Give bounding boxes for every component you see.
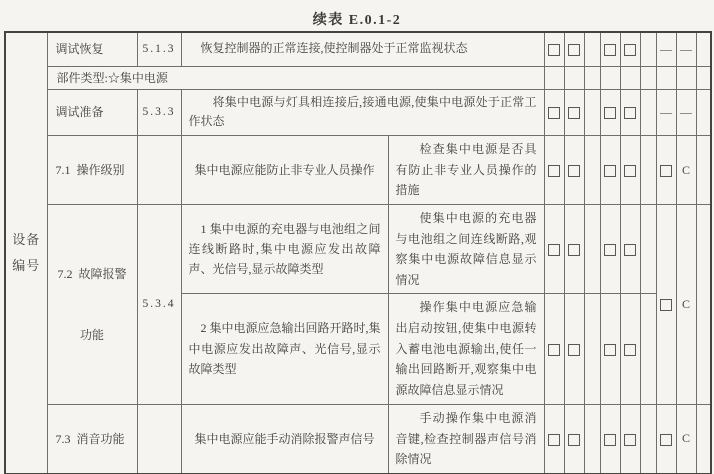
spacer-cell xyxy=(640,89,656,136)
check-cell xyxy=(656,204,676,404)
check-cell xyxy=(544,89,564,136)
description-cell-restore: 恢复控制器的正常连接,使控制器处于正常监视状态 xyxy=(181,32,544,66)
checkbox-icon[interactable] xyxy=(660,434,672,446)
checkbox-icon[interactable] xyxy=(660,165,672,177)
spacer-cell xyxy=(584,136,600,205)
check-cell xyxy=(544,404,564,474)
dash-mark: — xyxy=(660,42,672,56)
check-cell xyxy=(600,294,620,404)
spacer-cell xyxy=(696,89,711,136)
spacer-cell xyxy=(640,294,656,404)
spacer-cell xyxy=(640,66,656,89)
spacer-cell xyxy=(640,404,656,474)
result-grade: C xyxy=(682,431,690,445)
commissioning-record-table: 设备 编号 调试恢复 5.1.3 恢复控制器的正常连接,使控制器处于正常监视状态… xyxy=(4,31,712,474)
check-cell xyxy=(564,32,584,66)
clause-cell-restore: 5.1.3 xyxy=(137,32,181,66)
part-type-cell: 部件类型:☆集中电源 xyxy=(47,66,544,89)
spacer-cell xyxy=(600,66,620,89)
check-cell xyxy=(544,32,564,66)
description-cell-prepare: 将集中电源与灯具相连接后,接通电源,使集中电源处于正常工作状态 xyxy=(181,89,544,136)
check-cell xyxy=(564,204,584,294)
check-cell xyxy=(620,404,640,474)
checkbox-icon[interactable] xyxy=(568,434,580,446)
spacer-cell xyxy=(620,66,640,89)
dash-cell: — xyxy=(656,89,676,136)
checkbox-icon[interactable] xyxy=(604,434,616,446)
checkbox-icon[interactable] xyxy=(624,165,636,177)
spacer-cell xyxy=(584,404,600,474)
spacer-cell xyxy=(640,204,656,294)
spacer-cell xyxy=(564,66,584,89)
requirement-cell-mute: 集中电源应能手动消除报警声信号 xyxy=(181,404,388,474)
item-cell-restore: 调试恢复 xyxy=(47,32,137,66)
check-cell xyxy=(620,136,640,205)
spacer-cell xyxy=(640,136,656,205)
check-cell xyxy=(600,204,620,294)
scanned-document-page: 续表 E.0.1-2 设备 编号 调试恢复 5.1.3 恢复控制器的正常连接,使… xyxy=(0,0,714,474)
result-cell: C xyxy=(676,404,696,474)
table-row: 设备 编号 调试恢复 5.1.3 恢复控制器的正常连接,使控制器处于正常监视状态… xyxy=(5,32,711,66)
checkbox-icon[interactable] xyxy=(548,244,560,256)
method-cell-operation-level: 检查集中电源是否具有防止非专业人员操作的措施 xyxy=(388,136,544,205)
dash-mark: — xyxy=(680,42,692,56)
checkbox-icon[interactable] xyxy=(548,344,560,356)
check-cell xyxy=(600,32,620,66)
spacer-cell xyxy=(696,136,711,205)
spacer-cell xyxy=(640,32,656,66)
spacer-cell xyxy=(656,66,676,89)
spacer-cell xyxy=(696,404,711,474)
requirement-cell-fault-alarm-2: 2 集中电源应急输出回路开路时,集中电源应发出故障声、光信号,显示故障类型 xyxy=(181,294,388,404)
check-cell xyxy=(564,294,584,404)
checkbox-icon[interactable] xyxy=(548,165,560,177)
clause-cell-fault-alarm: 5.3.4 xyxy=(137,204,181,404)
clause-cell-mute xyxy=(137,404,181,474)
checkbox-icon[interactable] xyxy=(604,107,616,119)
table-row: 7.2 故障报警 功能 5.3.4 1 集中电源的充电器与电池组之间连线断路时,… xyxy=(5,204,711,294)
table-row: 调试准备 5.3.3 将集中电源与灯具相连接后,接通电源,使集中电源处于正常工作… xyxy=(5,89,711,136)
dash-cell: — xyxy=(656,32,676,66)
checkbox-icon[interactable] xyxy=(604,244,616,256)
spacer-cell xyxy=(696,204,711,404)
item-label-line1: 7.2 故障报警 xyxy=(50,264,135,284)
checkbox-icon[interactable] xyxy=(548,434,560,446)
check-cell xyxy=(600,89,620,136)
check-cell xyxy=(620,32,640,66)
check-cell xyxy=(620,294,640,404)
checkbox-icon[interactable] xyxy=(604,165,616,177)
result-grade: C xyxy=(682,297,690,311)
spacer-cell xyxy=(676,66,696,89)
spacer-cell xyxy=(584,294,600,404)
checkbox-icon[interactable] xyxy=(624,244,636,256)
table-row: 7.3 消音功能 集中电源应能手动消除报警声信号 手动操作集中电源消音键,检查控… xyxy=(5,404,711,474)
checkbox-icon[interactable] xyxy=(624,344,636,356)
check-cell xyxy=(564,89,584,136)
checkbox-icon[interactable] xyxy=(660,299,672,311)
checkbox-icon[interactable] xyxy=(568,244,580,256)
clause-cell-operation-level xyxy=(137,136,181,205)
checkbox-icon[interactable] xyxy=(568,344,580,356)
spacer-cell xyxy=(584,32,600,66)
requirement-cell-operation-level: 集中电源应能防止非专业人员操作 xyxy=(181,136,388,205)
check-cell xyxy=(620,89,640,136)
clause-cell-prepare: 5.3.3 xyxy=(137,89,181,136)
spacer-cell xyxy=(584,66,600,89)
check-cell xyxy=(656,136,676,205)
check-cell xyxy=(620,204,640,294)
check-cell xyxy=(600,136,620,205)
device-number-header: 设备 编号 xyxy=(5,32,47,474)
result-cell: C xyxy=(676,136,696,205)
spacer-cell xyxy=(584,89,600,136)
item-label-line2: 功能 xyxy=(50,325,135,345)
check-cell xyxy=(564,136,584,205)
check-cell xyxy=(656,404,676,474)
checkbox-icon[interactable] xyxy=(604,344,616,356)
check-cell xyxy=(544,294,564,404)
dash-cell: — xyxy=(676,32,696,66)
spacer-cell xyxy=(696,32,711,66)
table-title: 续表 E.0.1-2 xyxy=(0,0,714,31)
check-cell xyxy=(600,404,620,474)
dash-mark: — xyxy=(680,105,692,119)
check-cell xyxy=(544,204,564,294)
spacer-cell xyxy=(696,66,711,89)
result-grade: C xyxy=(682,163,690,177)
check-cell xyxy=(564,404,584,474)
check-cell xyxy=(544,136,564,205)
dash-mark: — xyxy=(660,105,672,119)
method-cell-fault-alarm-1: 使集中电源的充电器与电池组之间连线断路,观察集中电源故障信息显示情况 xyxy=(388,204,544,294)
checkbox-icon[interactable] xyxy=(624,434,636,446)
checkbox-icon[interactable] xyxy=(624,44,636,56)
item-cell-operation-level: 7.1 操作级别 xyxy=(47,136,137,205)
checkbox-icon[interactable] xyxy=(568,44,580,56)
table-row: 部件类型:☆集中电源 xyxy=(5,66,711,89)
result-cell: C xyxy=(676,204,696,404)
spacer-cell xyxy=(584,204,600,294)
spacer-cell xyxy=(544,66,564,89)
checkbox-icon[interactable] xyxy=(624,107,636,119)
method-cell-mute: 手动操作集中电源消音键,检查控制器声信号消除情况 xyxy=(388,404,544,474)
item-cell-fault-alarm: 7.2 故障报警 功能 xyxy=(47,204,137,404)
checkbox-icon[interactable] xyxy=(548,44,560,56)
checkbox-icon[interactable] xyxy=(548,107,560,119)
item-cell-mute: 7.3 消音功能 xyxy=(47,404,137,474)
requirement-cell-fault-alarm-1: 1 集中电源的充电器与电池组之间连线断路时,集中电源应发出故障声、光信号,显示故… xyxy=(181,204,388,294)
method-cell-fault-alarm-2: 操作集中电源应急输出启动按钮,使集中电源转入蓄电池电源输出,使任一输出回路断开,… xyxy=(388,294,544,404)
table-row: 7.1 操作级别 集中电源应能防止非专业人员操作 检查集中电源是否具有防止非专业… xyxy=(5,136,711,205)
checkbox-icon[interactable] xyxy=(568,107,580,119)
item-cell-prepare: 调试准备 xyxy=(47,89,137,136)
dash-cell: — xyxy=(676,89,696,136)
checkbox-icon[interactable] xyxy=(568,165,580,177)
checkbox-icon[interactable] xyxy=(604,44,616,56)
